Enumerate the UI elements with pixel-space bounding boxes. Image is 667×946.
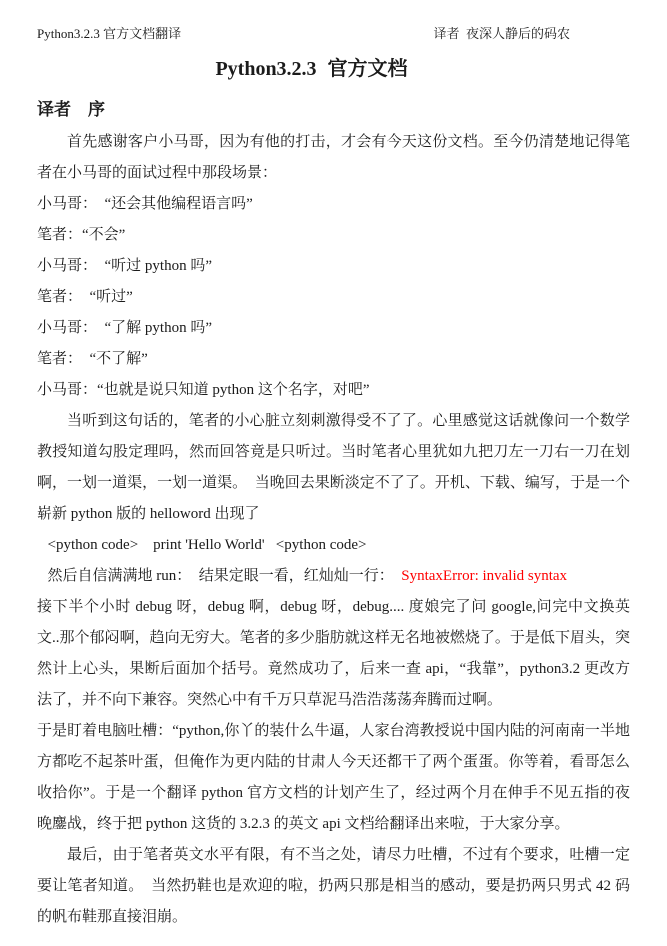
- run-result-line: 然后自信满满地 run： 结果定眼一看，红灿灿一行： SyntaxError: …: [37, 561, 630, 592]
- dialog-line: 小马哥： “了解 python 吗”: [37, 313, 630, 344]
- dialog-line: 笔者： “听过”: [37, 282, 630, 313]
- document-page: Python3.2.3 官方文档翻译 译者 夜深人静后的码农 Python3.2…: [0, 0, 667, 946]
- section-heading: 译者 序: [37, 98, 630, 122]
- paragraph-rant: 于是盯着电脑吐槽：“python,你丫的装什么牛逼，人家台湾教授说中国内陆的河南…: [37, 716, 630, 840]
- syntax-error-text: SyntaxError: invalid syntax: [401, 568, 567, 584]
- code-snippet-line: <python code> print 'Hello World' <pytho…: [37, 530, 630, 561]
- header-left-text: Python3.2.3 官方文档翻译: [37, 26, 181, 42]
- dialog-line: 小马哥： “听过 python 吗”: [37, 251, 630, 282]
- paragraph-debug: 接下半个小时 debug 呀，debug 啊，debug 呀，debug....…: [37, 592, 630, 716]
- paragraph-intro: 首先感谢客户小马哥，因为有他的打击，才会有今天这份文档。至今仍清楚地记得笔者在小…: [37, 127, 630, 189]
- run-result-prefix: 然后自信满满地 run： 结果定眼一看，红灿灿一行：: [48, 568, 402, 584]
- paragraph-closing: 最后，由于笔者英文水平有限，有不当之处，请尽力吐槽，不过有个要求，吐槽一定要让笔…: [37, 840, 630, 933]
- dialog-line: 笔者：“不会”: [37, 220, 630, 251]
- page-header: Python3.2.3 官方文档翻译 译者 夜深人静后的码农: [37, 26, 630, 42]
- dialog-line: 小马哥：“也就是说只知道 python 这个名字，对吧”: [37, 375, 630, 406]
- dialog-line: 笔者： “不了解”: [37, 344, 630, 375]
- document-body: 首先感谢客户小马哥，因为有他的打击，才会有今天这份文档。至今仍清楚地记得笔者在小…: [37, 127, 630, 933]
- paragraph-reaction: 当听到这句话的，笔者的小心脏立刻刺激得受不了了。心里感觉这话就像问一个数学教授知…: [37, 406, 630, 530]
- dialog-line: 小马哥： “还会其他编程语言吗”: [37, 189, 630, 220]
- page-title: Python3.2.3 官方文档: [37, 56, 586, 82]
- header-right-text: 译者 夜深人静后的码农: [433, 26, 570, 42]
